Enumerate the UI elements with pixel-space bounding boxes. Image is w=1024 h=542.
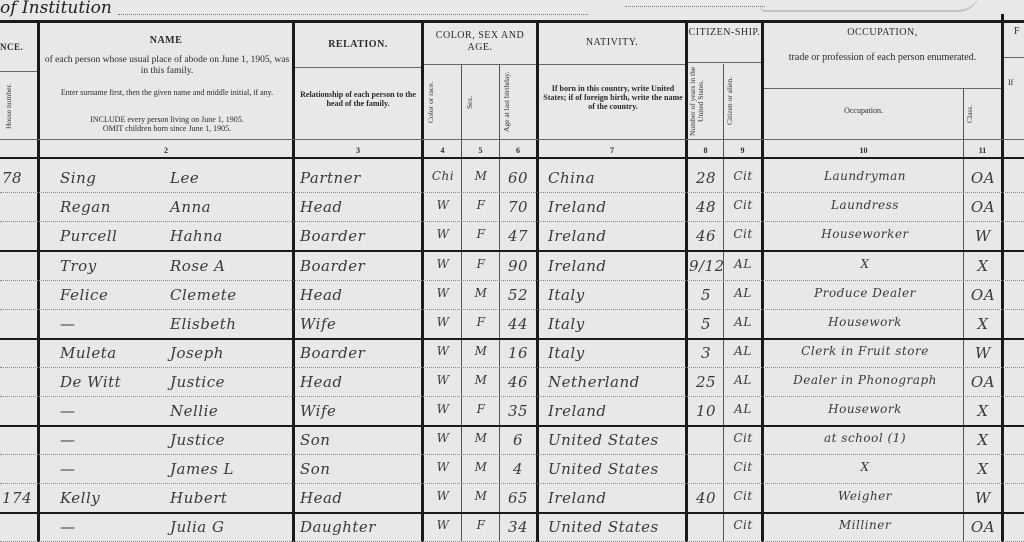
cell-years: 48: [689, 198, 723, 216]
cell-given: Clemete: [170, 286, 290, 304]
cell-occupation: at school (1): [770, 431, 960, 445]
cell-given: Hubert: [170, 489, 290, 507]
cell-class: OA: [965, 198, 1001, 216]
col-divider: [761, 20, 764, 542]
nativity-desc: If born in this country, write United St…: [543, 84, 683, 111]
color-sex-age-header: COLOR, SEX AND AGE.: [424, 30, 536, 54]
cell-citizen: Cit: [726, 518, 760, 532]
cell-class: W: [965, 344, 1001, 362]
occupation-desc: trade or profession of each person enume…: [770, 52, 995, 64]
rule: [764, 88, 1001, 89]
column-number: 6: [500, 146, 536, 155]
col-divider: [1001, 14, 1004, 542]
cell-given: James L: [170, 460, 290, 478]
cell-occupation: Milliner: [770, 518, 960, 532]
cell-years: 5: [689, 315, 723, 333]
cell-occupation: Housework: [770, 315, 960, 329]
top-rule: [0, 20, 1024, 23]
cell-citizen: Cit: [726, 431, 760, 445]
cell-nativity: United States: [548, 460, 682, 478]
cell-sex: F: [464, 518, 498, 532]
institution-label: of Institution: [0, 0, 112, 18]
handwriting-fragment: [760, 0, 980, 12]
cell-color: W: [426, 286, 460, 300]
column-number: 2: [40, 146, 292, 155]
row-rule: [0, 309, 1024, 310]
citizen-status-header: Citizen or alien.: [726, 66, 759, 136]
col-divider: [37, 20, 40, 542]
age-header: Age at last birthday.: [503, 68, 533, 136]
cell-sex: M: [464, 373, 498, 387]
cell-relation: Boarder: [300, 227, 418, 245]
col-divider: [292, 20, 295, 542]
cell-sex: M: [464, 286, 498, 300]
cell-age: 60: [502, 169, 534, 187]
cell-citizen: Cit: [726, 460, 760, 474]
cell-color: W: [426, 489, 460, 503]
column-number: 8: [688, 146, 723, 155]
cell-years: 25: [689, 373, 723, 391]
cell-age: 46: [502, 373, 534, 391]
cell-relation: Son: [300, 431, 418, 449]
cell-given: Justice: [170, 373, 290, 391]
cell-surname: Felice: [60, 286, 170, 304]
cell-years: 9/12: [689, 257, 723, 275]
cell-sex: F: [464, 315, 498, 329]
cell-citizen: Cit: [726, 489, 760, 503]
cell-relation: Boarder: [300, 257, 418, 275]
rule: [688, 62, 761, 63]
cell-surname: —: [60, 431, 170, 449]
cell-nativity: Italy: [548, 315, 682, 333]
cell-color: W: [426, 460, 460, 474]
cell-surname: Purcell: [60, 227, 170, 245]
census-page: of Institution NCE. House number. NAME o…: [0, 0, 1024, 542]
cell-surname: De Witt: [60, 373, 170, 391]
cell-nativity: Italy: [548, 286, 682, 304]
cell-sex: F: [464, 227, 498, 241]
cell-color: W: [426, 344, 460, 358]
name-omit: OMIT children born since June 1, 1905.: [44, 124, 290, 133]
name-header: NAME: [40, 35, 292, 46]
cell-years: 10: [689, 402, 723, 420]
cell-class: X: [965, 402, 1001, 420]
sex-header: Sex.: [466, 68, 496, 136]
family-separator: [0, 250, 1024, 252]
column-number: 5: [462, 146, 499, 155]
cell-class: X: [965, 257, 1001, 275]
class-header: Class.: [966, 92, 1000, 136]
rule: [0, 139, 1024, 140]
cell-occupation: Clerk in Fruit store: [770, 344, 960, 358]
cell-surname: —: [60, 315, 170, 333]
sub-divider: [461, 64, 462, 542]
cell-color: Chi: [426, 169, 460, 183]
section-fragment-right: F: [1010, 26, 1024, 37]
cell-occupation: Laundryman: [770, 169, 960, 183]
cell-relation: Boarder: [300, 344, 418, 362]
column-number: 9: [724, 146, 761, 155]
cell-sex: F: [464, 257, 498, 271]
name-instruction: Enter surname first, then the given name…: [44, 88, 290, 97]
cell-occupation: Houseworker: [770, 227, 960, 241]
cell-given: Hahna: [170, 227, 290, 245]
cell-sex: M: [464, 489, 498, 503]
family-separator: [0, 512, 1024, 514]
cell-occupation: Produce Dealer: [770, 286, 960, 300]
cell-nativity: Ireland: [548, 198, 682, 216]
cell-nativity: Ireland: [548, 257, 682, 275]
cell-occupation: Housework: [770, 402, 960, 416]
cell-sex: M: [464, 169, 498, 183]
cell-years: 5: [689, 286, 723, 304]
cell-class: W: [965, 227, 1001, 245]
cell-nativity: Ireland: [548, 489, 682, 507]
row-rule: [0, 396, 1024, 397]
cell-nativity: United States: [548, 518, 682, 536]
citizenship-header: CITIZEN-SHIP.: [688, 27, 761, 39]
cell-color: W: [426, 402, 460, 416]
sub-divider: [499, 64, 500, 542]
cell-occupation: X: [770, 460, 960, 474]
cell-nativity: Netherland: [548, 373, 682, 391]
cell-surname: —: [60, 460, 170, 478]
occupation-header: OCCUPATION,: [764, 27, 1001, 38]
cell-class: OA: [965, 169, 1001, 187]
sub-divider: [723, 64, 724, 542]
institution-dotted-line: [118, 14, 588, 15]
cell-relation: Head: [300, 373, 418, 391]
color-header: Color or race.: [427, 68, 457, 136]
cell-nativity: Ireland: [548, 402, 682, 420]
cell-color: W: [426, 431, 460, 445]
cell-given: Anna: [170, 198, 290, 216]
row-rule: [0, 192, 1024, 193]
cell-age: 6: [502, 431, 534, 449]
family-separator: [0, 338, 1024, 340]
cell-occupation: Dealer in Phonograph: [770, 373, 960, 387]
cell-citizen: AL: [726, 315, 760, 329]
cell-relation: Son: [300, 460, 418, 478]
cell-relation: Head: [300, 489, 418, 507]
cell-class: OA: [965, 518, 1001, 536]
rule: [1004, 57, 1024, 58]
cell-surname: Regan: [60, 198, 170, 216]
cell-surname: —: [60, 402, 170, 420]
years-header: Number of years in the United States.: [689, 66, 722, 136]
cell-color: W: [426, 227, 460, 241]
cell-given: Lee: [170, 169, 290, 187]
cell-relation: Daughter: [300, 518, 418, 536]
cell-given: Julia G: [170, 518, 290, 536]
relation-desc: Relationship of each person to the head …: [300, 90, 416, 108]
cell-age: 90: [502, 257, 534, 275]
cell-citizen: AL: [726, 373, 760, 387]
cell-citizen: AL: [726, 286, 760, 300]
cell-surname: Sing: [60, 169, 170, 187]
col-divider: [536, 20, 539, 542]
cell-relation: Partner: [300, 169, 418, 187]
cell-class: X: [965, 431, 1001, 449]
house-number-header: House number.: [5, 76, 25, 136]
right-desc-fragment: If: [1008, 78, 1024, 87]
cell-age: 44: [502, 315, 534, 333]
cell-color: W: [426, 518, 460, 532]
header-bottom-rule: [0, 157, 1024, 159]
column-number: 4: [424, 146, 461, 155]
cell-citizen: Cit: [726, 169, 760, 183]
cell-surname: Muleta: [60, 344, 170, 362]
cell-given: Nellie: [170, 402, 290, 420]
cell-age: 16: [502, 344, 534, 362]
rule: [0, 71, 37, 72]
cell-sex: M: [464, 460, 498, 474]
cell-given: Justice: [170, 431, 290, 449]
col-divider: [421, 20, 424, 542]
relation-header: RELATION.: [295, 39, 421, 50]
name-desc: of each person whose usual place of abod…: [44, 55, 290, 77]
cell-occupation: Laundress: [770, 198, 960, 212]
cell-surname: Troy: [60, 257, 170, 275]
cell-years: 3: [689, 344, 723, 362]
cell-color: W: [426, 315, 460, 329]
row-rule: [0, 454, 1024, 455]
section-fragment: NCE.: [0, 42, 36, 52]
cell-class: OA: [965, 286, 1001, 304]
cell-age: 52: [502, 286, 534, 304]
name-include: INCLUDE every person living on June 1, 1…: [44, 115, 290, 124]
rule: [295, 67, 421, 68]
cell-house: 78: [2, 169, 36, 187]
cell-class: OA: [965, 373, 1001, 391]
cell-given: Elisbeth: [170, 315, 290, 333]
row-rule: [0, 280, 1024, 281]
cell-sex: F: [464, 198, 498, 212]
column-number: 10: [764, 146, 963, 155]
cell-age: 35: [502, 402, 534, 420]
cell-years: 46: [689, 227, 723, 245]
occupation-subheader: Occupation.: [764, 106, 963, 115]
cell-color: W: [426, 198, 460, 212]
dotted-line: [625, 6, 765, 7]
cell-sex: F: [464, 402, 498, 416]
cell-nativity: Ireland: [548, 227, 682, 245]
cell-citizen: AL: [726, 402, 760, 416]
cell-class: W: [965, 489, 1001, 507]
cell-nativity: Italy: [548, 344, 682, 362]
cell-given: Joseph: [170, 344, 290, 362]
cell-sex: M: [464, 431, 498, 445]
row-rule: [0, 483, 1024, 484]
cell-relation: Wife: [300, 402, 418, 420]
column-number: 3: [295, 146, 421, 155]
cell-relation: Head: [300, 198, 418, 216]
cell-citizen: AL: [726, 344, 760, 358]
cell-surname: Kelly: [60, 489, 170, 507]
column-number: 7: [539, 146, 685, 155]
cell-years: 28: [689, 169, 723, 187]
cell-citizen: AL: [726, 257, 760, 271]
rule: [539, 64, 685, 65]
cell-age: 4: [502, 460, 534, 478]
cell-given: Rose A: [170, 257, 290, 275]
cell-nativity: China: [548, 169, 682, 187]
row-rule: [0, 367, 1024, 368]
family-separator: [0, 425, 1024, 427]
cell-years: 40: [689, 489, 723, 507]
nativity-header: NATIVITY.: [539, 37, 685, 48]
cell-age: 34: [502, 518, 534, 536]
cell-color: W: [426, 373, 460, 387]
rule: [424, 64, 536, 65]
cell-relation: Wife: [300, 315, 418, 333]
cell-occupation: X: [770, 257, 960, 271]
cell-age: 65: [502, 489, 534, 507]
cell-citizen: Cit: [726, 198, 760, 212]
cell-house: 174: [2, 489, 36, 507]
cell-class: X: [965, 460, 1001, 478]
cell-age: 70: [502, 198, 534, 216]
cell-age: 47: [502, 227, 534, 245]
cell-surname: —: [60, 518, 170, 536]
cell-citizen: Cit: [726, 227, 760, 241]
cell-color: W: [426, 257, 460, 271]
row-rule: [0, 221, 1024, 222]
cell-class: X: [965, 315, 1001, 333]
cell-occupation: Weigher: [770, 489, 960, 503]
column-number: 11: [964, 146, 1001, 155]
cell-relation: Head: [300, 286, 418, 304]
cell-nativity: United States: [548, 431, 682, 449]
cell-sex: M: [464, 344, 498, 358]
